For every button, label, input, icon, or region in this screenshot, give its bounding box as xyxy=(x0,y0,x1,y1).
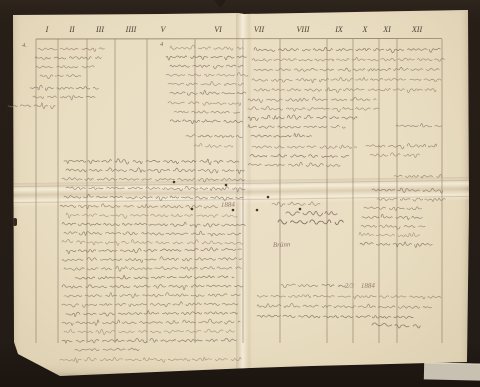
paper-sheet xyxy=(12,9,470,378)
under-sheet-corner xyxy=(424,362,480,380)
horizontal-fold-crease xyxy=(12,177,470,207)
top-edge-notch xyxy=(214,0,226,8)
scanned-document-photo: IIIIIIIIIIVVIVIIVIIIIXXXIXII1884Brünn2/3… xyxy=(0,0,480,387)
edge-ink-blot xyxy=(13,218,17,226)
